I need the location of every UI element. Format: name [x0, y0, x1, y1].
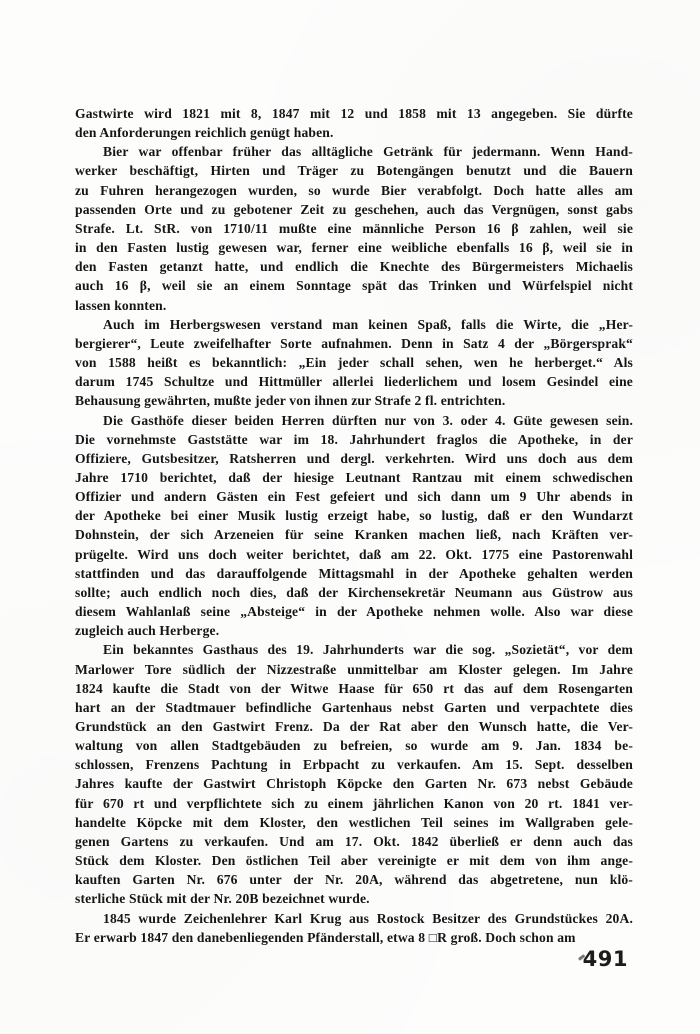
- text-line: 1845 wurde Zeichenlehrer Karl Krug aus R…: [75, 909, 633, 928]
- text-line: Behausung gewährten, mußte jeder von ihn…: [75, 391, 633, 410]
- text-line: Strafe. Lt. StR. von 1710/11 mußte eine …: [75, 219, 633, 238]
- text-line: schlossen, Frenzens Pachtung in Erbpacht…: [75, 755, 633, 774]
- text-line: Gastwirte wird 1821 mit 8, 1847 mit 12 u…: [75, 104, 633, 123]
- text-line: bergierer“, Leute zweifelhafter Sorte au…: [75, 334, 633, 353]
- text-line: den Fasten getanzt hatte, und endlich di…: [75, 257, 633, 276]
- text-line: auch 16 β, weil sie an einem Sonntage sp…: [75, 276, 633, 295]
- text-line: von 1588 heißt es bekanntlich: „Ein jede…: [75, 353, 633, 372]
- text-line: sterliche Stück mit der Nr. 20B bezeichn…: [75, 889, 633, 908]
- text-line: Jahre 1710 berichtet, daß der hiesige Le…: [75, 468, 633, 487]
- text-line: der Apotheke bei einer Musik lustig erze…: [75, 506, 633, 525]
- text-line: prügelte. Wird uns doch weiter berichtet…: [75, 545, 633, 564]
- text-line: Er erwarb 1847 den danebenliegenden Pfän…: [75, 928, 633, 947]
- text-line: lassen konnten.: [75, 296, 633, 315]
- text-line: diesem Wahlanlaß seine „Absteige“ in der…: [75, 602, 633, 621]
- text-line: darum 1745 Schultze und Hittmüller aller…: [75, 372, 633, 391]
- text-line: Dohnstein, der sich Arzeneien für seine …: [75, 525, 633, 544]
- text-line: Marlower Tore südlich der Nizzestraße un…: [75, 660, 633, 679]
- text-line: sollte; auch endlich noch dies, daß der …: [75, 583, 633, 602]
- paragraph: Gastwirte wird 1821 mit 8, 1847 mit 12 u…: [75, 104, 633, 142]
- text-line: genen Gartens zu verkaufen. Und am 17. O…: [75, 832, 633, 851]
- text-line: Die vornehmste Gaststätte war im 18. Jah…: [75, 430, 633, 449]
- paragraph: Bier war offenbar früher das alltägliche…: [75, 142, 633, 314]
- text-line: für 670 rt und verpflichtete sich zu ein…: [75, 794, 633, 813]
- text-line: hart an der Stadtmauer befindliche Garte…: [75, 698, 633, 717]
- page-number: 491: [560, 947, 628, 971]
- text-block: Gastwirte wird 1821 mit 8, 1847 mit 12 u…: [75, 104, 633, 947]
- paragraph: 1845 wurde Zeichenlehrer Karl Krug aus R…: [75, 909, 633, 947]
- paragraph: Die Gasthöfe dieser beiden Herren dürfte…: [75, 411, 633, 641]
- text-line: werker beschäftigt, Hirten und Träger zu…: [75, 161, 633, 180]
- text-line: zu Fuhren herangezogen wurden, so wurde …: [75, 181, 633, 200]
- text-line: Offizier und andern Gästen ein Fest gefe…: [75, 487, 633, 506]
- text-line: kauften Garten Nr. 676 unter der Nr. 20A…: [75, 870, 633, 889]
- paragraph: Auch im Herbergswesen verstand man keine…: [75, 315, 633, 411]
- text-line: Auch im Herbergswesen verstand man keine…: [75, 315, 633, 334]
- text-line: in den Fasten lustig gewesen war, ferner…: [75, 238, 633, 257]
- text-line: Jahres kaufte der Gastwirt Christoph Köp…: [75, 774, 633, 793]
- text-line: handelte Köpcke mit dem Kloster, den wes…: [75, 813, 633, 832]
- text-line: Stück dem Kloster. Den östlichen Teil ab…: [75, 851, 633, 870]
- text-line: waltung von allen Stadtgebäuden zu befre…: [75, 736, 633, 755]
- text-line: stattfinden und das darauffolgende Mitta…: [75, 564, 633, 583]
- text-line: Die Gasthöfe dieser beiden Herren dürfte…: [75, 411, 633, 430]
- text-line: den Anforderungen reichlich genügt haben…: [75, 123, 633, 142]
- text-line: Grundstück an den Gastwirt Frenz. Da der…: [75, 717, 633, 736]
- text-line: Offiziere, Gutsbesitzer, Ratsherren und …: [75, 449, 633, 468]
- text-line: Ein bekanntes Gasthaus des 19. Jahrhunde…: [75, 640, 633, 659]
- text-line: 1824 kaufte die Stadt von der Witwe Haas…: [75, 679, 633, 698]
- scanned-book-page: Gastwirte wird 1821 mit 8, 1847 mit 12 u…: [0, 0, 700, 1034]
- text-line: zugleich auch Herberge.: [75, 621, 633, 640]
- text-line: Bier war offenbar früher das alltägliche…: [75, 142, 633, 161]
- paragraph: Ein bekanntes Gasthaus des 19. Jahrhunde…: [75, 640, 633, 908]
- text-line: passenden Orte und zu gebotener Zeit zu …: [75, 200, 633, 219]
